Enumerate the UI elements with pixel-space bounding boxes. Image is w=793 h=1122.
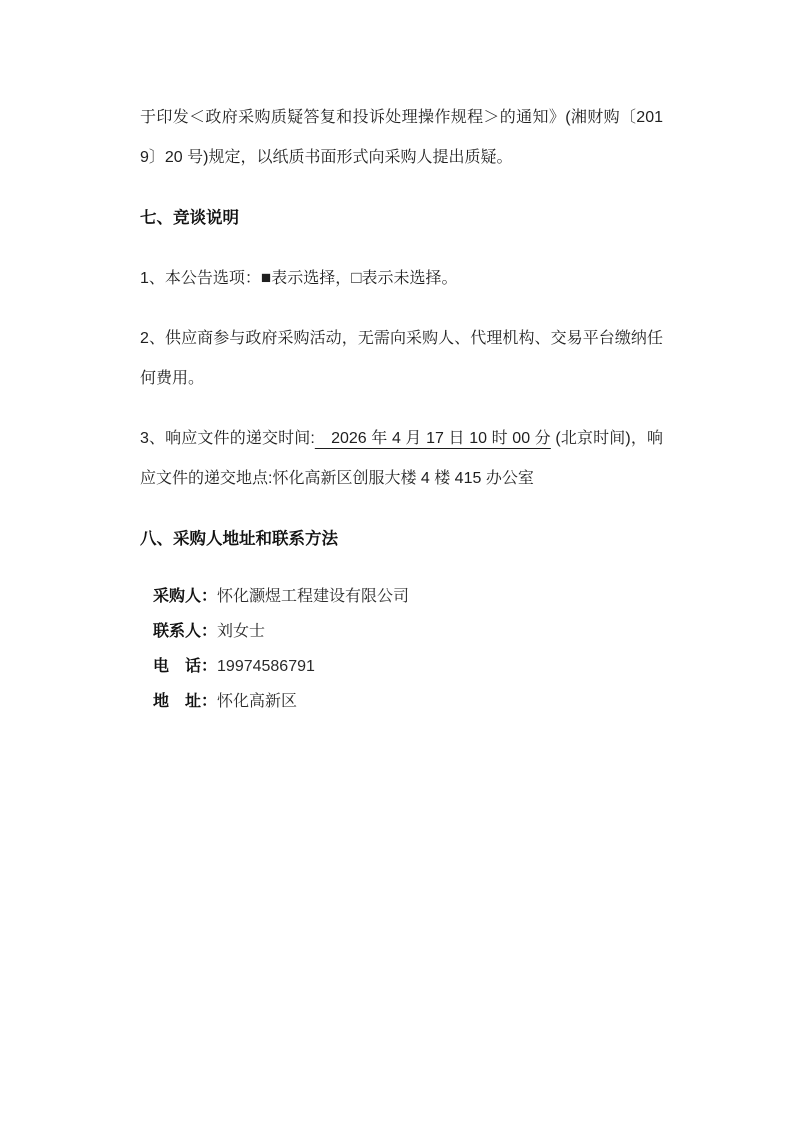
address-label: 地 址： — [153, 693, 217, 710]
item-1-selected-text: 表示选择， — [271, 270, 351, 287]
address-value: 怀化高新区 — [217, 693, 297, 710]
contact-block: 采购人：怀化灏煜工程建设有限公司 联系人：刘女士 电 话：19974586791… — [153, 579, 663, 719]
contact-row-purchaser: 采购人：怀化灏煜工程建设有限公司 — [153, 579, 663, 614]
contact-row-contact-person: 联系人：刘女士 — [153, 614, 663, 649]
contact-row-phone: 电 话：19974586791 — [153, 649, 663, 684]
section-8-heading: 八、采购人地址和联系方法 — [140, 519, 663, 559]
contact-person-label: 联系人： — [153, 623, 217, 640]
phone-label: 电 话： — [153, 658, 217, 675]
checkbox-unselected-icon: □ — [351, 268, 361, 287]
item-3-prefix: 3、响应文件的递交时间: — [140, 430, 315, 447]
intro-paragraph: 于印发＜政府采购质疑答复和投诉处理操作规程＞的通知》(湘财购〔2019〕20 号… — [140, 98, 663, 178]
item-1-unselected-text: 表示未选择。 — [361, 270, 457, 287]
section-7-item-1: 1、本公告选项：■表示选择，□表示未选择。 — [140, 258, 663, 299]
submission-deadline-underlined: 2026 年 4 月 17 日 10 时 00 分 — [315, 430, 551, 447]
section-7-heading: 七、竞谈说明 — [140, 198, 663, 238]
purchaser-value: 怀化灏煜工程建设有限公司 — [217, 588, 409, 605]
purchaser-label: 采购人： — [153, 588, 217, 605]
checkbox-selected-icon: ■ — [261, 268, 271, 287]
phone-value: 19974586791 — [217, 658, 315, 675]
section-7-item-2: 2、供应商参与政府采购活动，无需向采购人、代理机构、交易平台缴纳任何费用。 — [140, 319, 663, 399]
contact-person-value: 刘女士 — [217, 623, 265, 640]
contact-row-address: 地 址：怀化高新区 — [153, 684, 663, 719]
item-1-prefix: 1、本公告选项： — [140, 270, 261, 287]
document-page: 于印发＜政府采购质疑答复和投诉处理操作规程＞的通知》(湘财购〔2019〕20 号… — [0, 0, 793, 1122]
section-7-item-3: 3、响应文件的递交时间: 2026 年 4 月 17 日 10 时 00 分 (… — [140, 419, 663, 499]
